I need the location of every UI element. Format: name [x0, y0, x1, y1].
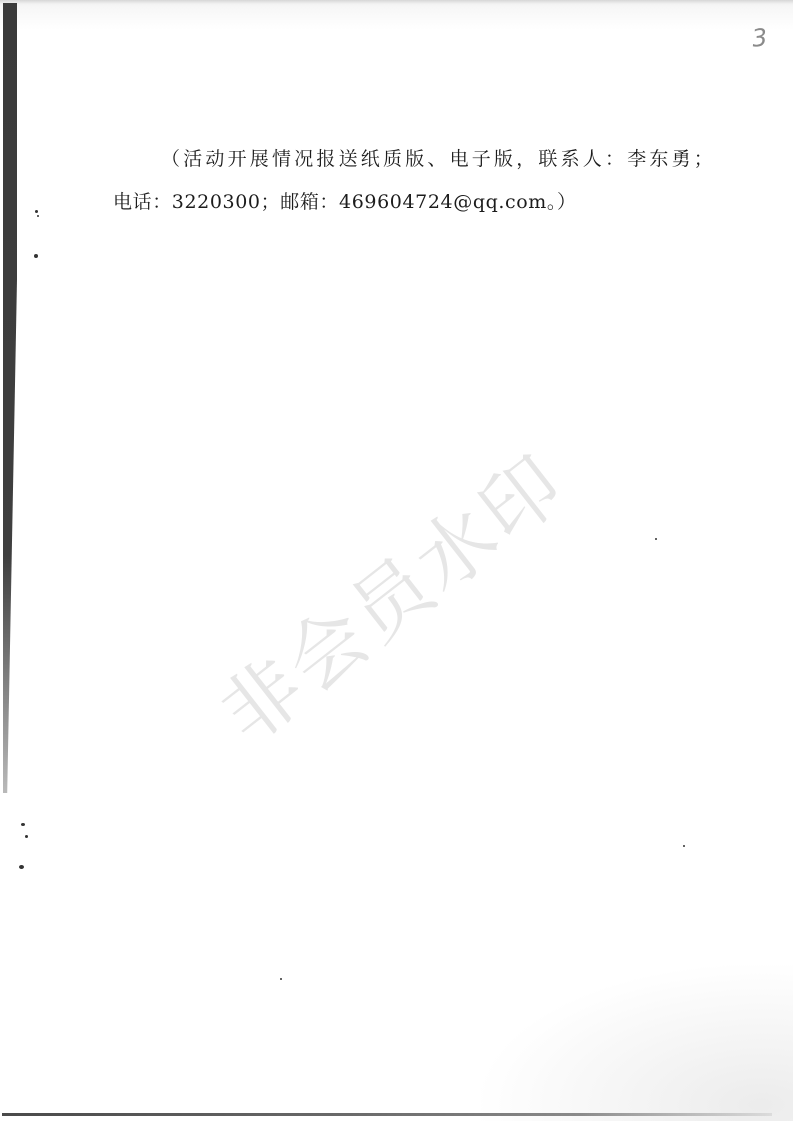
- scan-speck: [683, 845, 685, 847]
- scan-speck: [35, 210, 38, 213]
- scanned-page: 3 非会员水印 （活动开展情况报送纸质版、电子版，联系人：李东勇； 电话：322…: [0, 0, 793, 1121]
- scan-bottom-edge: [2, 1113, 772, 1116]
- paragraph-line-1: （活动开展情况报送纸质版、电子版，联系人：李东勇；: [113, 138, 713, 181]
- scan-top-edge: [0, 0, 793, 4]
- scan-speck: [34, 254, 38, 258]
- scan-speck: [280, 978, 282, 980]
- scan-speck: [655, 538, 657, 540]
- scan-left-border: [3, 3, 17, 793]
- paragraph-line-2: 电话：3220300；邮箱：469604724@qq.com。）: [113, 181, 713, 224]
- scan-speck: [25, 835, 28, 838]
- scan-speck: [37, 215, 39, 217]
- scan-speck: [21, 823, 25, 826]
- watermark: 非会员水印: [194, 368, 657, 764]
- scan-speck: [19, 865, 24, 869]
- handwritten-page-number: 3: [751, 23, 769, 52]
- scan-shading: [473, 961, 793, 1121]
- contact-paragraph: （活动开展情况报送纸质版、电子版，联系人：李东勇； 电话：3220300；邮箱：…: [113, 138, 713, 224]
